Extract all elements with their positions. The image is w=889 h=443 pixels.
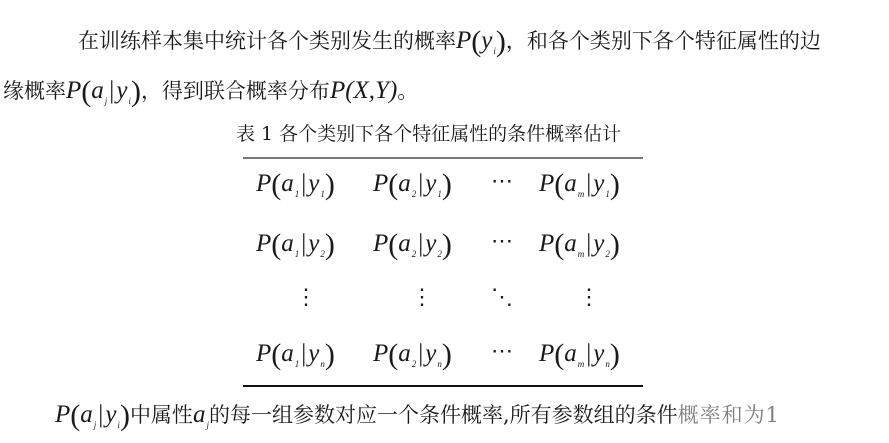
line1-tail: ，和各个类别下各个特征属性的边 [506,29,821,53]
paragraph-1-line-1: 在训练样本集中统计各个类别发生的概率P(yi)，和各个类别下各个特征属性的边 [78,26,821,66]
probability-cell: P(a2|y2) [373,228,452,262]
probability-cell: P(a1|y2) [256,228,335,262]
table-row: ⋮⋮⋱⋮ [243,284,643,324]
table-row: P(a1|yn)P(a2|yn)⋯P(am|yn) [243,338,643,378]
table-row: P(a1|y1)P(a2|y1)⋯P(am|y1) [243,168,643,208]
ellipsis-cell: ⋮ [578,284,600,310]
p2-text2: 的每一组参数对应一个条件概率,所有参数组的条件 [209,403,678,427]
conditional-probability-formula: P(aj|yi) [55,401,130,428]
line1-text: 在训练样本集中统计各个类别发生的概率 [78,29,456,53]
ellipsis-cell: ⋯ [491,168,513,194]
probability-cell: P(am|y1) [539,168,620,202]
table-bottom-rule [243,385,643,387]
line2-tail: 。 [397,79,418,103]
marginal-probability-formula: P(aj|yi) [66,77,141,104]
probability-cell: P(a2|yn) [373,338,452,372]
probability-cell: P(a2|y1) [373,168,452,202]
probability-y-formula: P(yi) [456,27,506,54]
paragraph-1-line-2: 缘概率P(aj|yi)，得到联合概率分布P(X,Y)。 [3,76,418,116]
paragraph-2: P(aj|yi)中属性aj的每一组参数对应一个条件概率,所有参数组的条件概率和为… [55,400,780,440]
probability-cell: P(a1|yn) [256,338,335,372]
probability-cell: P(a1|y1) [256,168,335,202]
table-top-rule [243,157,643,159]
watermarked-text: 概率和为1 [678,403,780,427]
p2-text1: 中属性 [130,403,193,427]
ellipsis-cell: ⋮ [295,284,317,310]
table-caption: 表 1 各个类别下各个特征属性的条件概率估计 [236,120,621,148]
ellipsis-cell: ⋯ [491,338,513,364]
line2-mid: ，得到联合概率分布 [141,79,330,103]
ellipsis-cell: ⋱ [491,284,513,310]
probability-cell: P(am|y2) [539,228,620,262]
ellipsis-cell: ⋮ [411,284,433,310]
joint-distribution-formula: P(X,Y) [330,77,397,104]
table-row: P(a1|y2)P(a2|y2)⋯P(am|y2) [243,228,643,268]
line2-head: 缘概率 [3,79,66,103]
ellipsis-cell: ⋯ [491,228,513,254]
attribute-symbol: aj [193,401,209,428]
probability-cell: P(am|yn) [539,338,620,372]
